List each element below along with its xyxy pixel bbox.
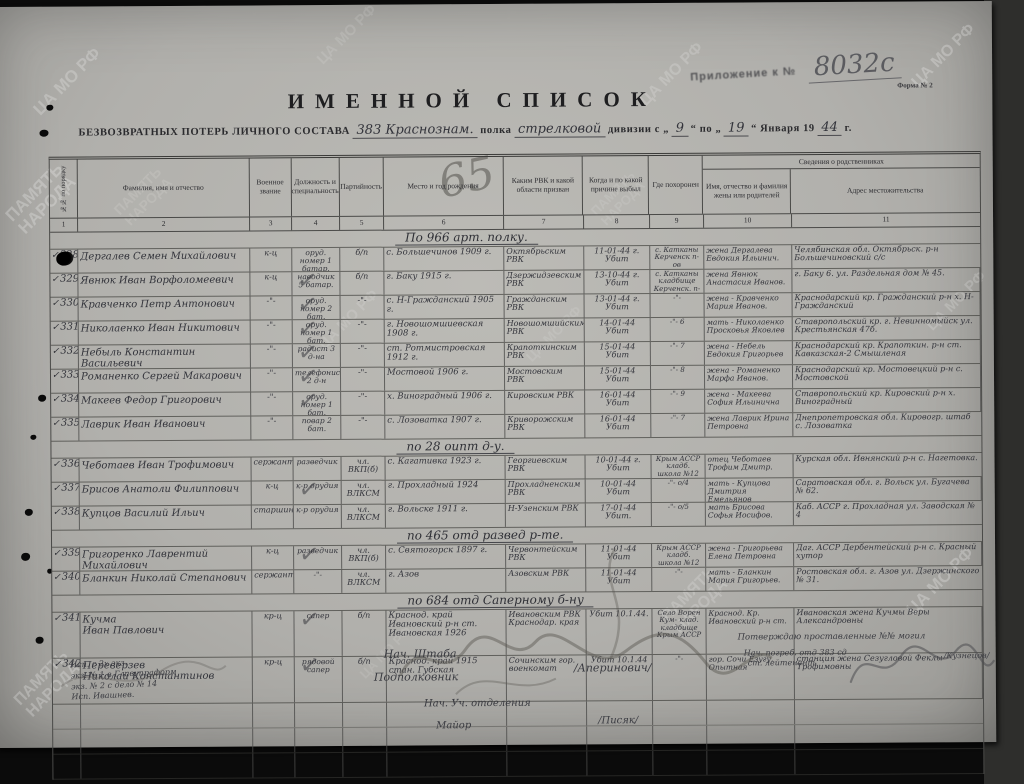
cell-num: ✓329 xyxy=(50,274,78,297)
cell-party: б/п xyxy=(340,248,384,271)
cell-fate: 11-01-44 Убит xyxy=(586,568,652,591)
column-number: 8 xyxy=(584,215,650,228)
checkmark: ✓ xyxy=(53,549,61,559)
cell-fate: Убит 10.1.44. xyxy=(586,609,652,654)
chief-of-staff-signature-name: /Аперинович/ xyxy=(574,661,652,674)
stamp-prefix: Приложение к № xyxy=(690,65,797,83)
cell-duty: оруд. номер 1 бат. xyxy=(293,392,341,415)
cell-fate xyxy=(587,726,653,750)
cell-birth: г. Прохладный 1924 xyxy=(386,480,506,504)
cell-name: Николаенко Иван Никитович xyxy=(79,320,251,344)
cell-rvk: Ивановским РВК Краснодар. края xyxy=(506,609,586,654)
cell-num: ✓331 xyxy=(51,322,79,345)
cell-grave: -"- 7 xyxy=(651,342,705,365)
cell-party: чл. ВЛКСМ xyxy=(342,505,386,528)
subtitle-year: 44 xyxy=(817,120,842,136)
section-label: по 684 отд Саперному б-ну xyxy=(397,592,594,608)
cell-rank: к-ц xyxy=(250,248,292,271)
cell-num xyxy=(53,755,81,779)
cell-fate: 15-01-44 Убит xyxy=(585,366,651,389)
cell-name: Брисов Анатоли Филиппович xyxy=(80,481,252,505)
cell-name: Небыль Константин Васильевич xyxy=(79,344,251,368)
cell-name: Кучма Иван Павлович xyxy=(80,611,252,657)
column-header-party: Партийность xyxy=(339,158,383,216)
checkmark: ✓ xyxy=(52,299,60,309)
chief-of-staff-role: Нач. Штаба xyxy=(384,647,457,660)
column-header-rank: Военное звание xyxy=(249,158,291,216)
cell-rank: -"- xyxy=(251,296,293,319)
cell-addr: Челябинская обл. Октябрьск. р-н Большечи… xyxy=(792,244,980,268)
column-number: 1 xyxy=(50,219,78,232)
cell-grave: -"- о/4 xyxy=(652,479,706,502)
records-chief-role: Нач. Уч. отделения xyxy=(424,698,531,710)
cell-duty: -"- xyxy=(294,570,342,593)
cell-rank: к-ц xyxy=(252,481,294,504)
cell-fate: 15-01-44 Убит xyxy=(585,342,651,365)
cell-fate: 10-01-44 Убит xyxy=(586,479,652,502)
cell-grave: -"- xyxy=(653,655,707,700)
cell-grave: -"- 6 xyxy=(651,318,705,341)
cell-name xyxy=(81,728,253,753)
ink-blot xyxy=(21,553,30,561)
row-number: 334 xyxy=(61,394,80,405)
cell-party: -"- xyxy=(341,296,385,319)
cell-rvk: Мостовским РВК xyxy=(505,366,585,389)
checkmark: ✓ xyxy=(52,419,60,429)
cell-kin: мать - Купцова Дмитрия Емельянов xyxy=(706,478,794,502)
cell-num: ✓335 xyxy=(51,418,79,441)
page-title: ИМЕННОЙ СПИСОК xyxy=(0,85,952,116)
column-number: 7 xyxy=(504,215,584,228)
ink-blot xyxy=(25,509,33,516)
cell-rvk: Георгиевским РВК xyxy=(505,455,585,478)
checkmark: ✓ xyxy=(52,371,60,381)
column-number: 4 xyxy=(292,217,340,230)
cell-name: Бланкин Николай Степанович xyxy=(80,570,252,594)
cell-kin: жена - Романенко Марфа Иванов. xyxy=(705,365,793,389)
cell-rank: старшина xyxy=(252,505,294,528)
document-paper: ЦА МО РФЦА МО РФЦА МО РФЦА МО РФПАМЯТЬ Н… xyxy=(0,1,996,748)
cell-name: Дергалев Семен Михайлович xyxy=(78,248,250,272)
column-header-kin: Имя, отчество и фамилия жены или родител… xyxy=(703,169,791,214)
cell-rvk: Новошомшийским РВК xyxy=(505,318,585,341)
cell-rvk: Октябрьским РВК xyxy=(504,246,584,269)
column-number: 2 xyxy=(78,217,250,231)
cell-birth: г. Азов xyxy=(386,569,506,593)
cell-kin xyxy=(707,750,795,775)
cell-fate: 13-10-44 г. Убит xyxy=(584,270,650,293)
cell-duty: радист 3 д-на xyxy=(293,344,341,367)
cell-addr: Ставропольский кр. г. Невинномыйск ул. К… xyxy=(793,316,981,340)
cell-name: Явнюк Иван Ворфоломеевич xyxy=(78,272,250,296)
cell-name xyxy=(81,753,253,778)
row-number: 329 xyxy=(60,274,79,285)
column-header-birth: Место и год рождения xyxy=(383,157,503,216)
section-label: По 966 арт. полку. xyxy=(395,230,538,246)
checkmark: ✓ xyxy=(53,460,61,470)
cell-rvk: Азовским РВК xyxy=(506,568,586,591)
cell-addr: Краснодарский кр. Мостовецкий р-н с. Мос… xyxy=(793,364,981,388)
cell-duty: наводчик 5 батар. xyxy=(292,272,340,295)
cell-num: ✓340 xyxy=(52,572,80,595)
cell-grave: -"- о/5 xyxy=(652,503,706,526)
cell-addr: Днепропетровская обл. Кировогр. штаб с. … xyxy=(793,412,981,436)
row-number: 333 xyxy=(61,370,80,381)
cell-num xyxy=(53,730,81,754)
cell-party: б/п xyxy=(342,611,386,656)
cell-party: -"- xyxy=(341,344,385,367)
cell-addr: Ставропольский кр. Кировский р-н х. Вино… xyxy=(793,388,981,412)
cell-addr: Курская обл. Ивнянский р-н с. Нагетовка. xyxy=(793,453,981,477)
column-header-rvk: Каким РВК и какой области призван xyxy=(503,156,583,214)
stamp-number: 8032с xyxy=(807,47,901,83)
cell-fate: 10-01-44 г. Убит xyxy=(585,455,651,478)
cell-num: ✓336 xyxy=(52,459,80,482)
cell-party: чл. ВКП(б) xyxy=(342,546,386,569)
cell-birth: с. Лозоватка 1907 г. xyxy=(385,415,505,439)
grave-confirmation-rank: ст. лейтенант xyxy=(748,658,815,667)
cell-addr: Ивановская жена Кучмы Веры Александровны xyxy=(794,607,982,653)
archive-watermark: ЦА МО РФ xyxy=(314,2,379,68)
cell-rank: -"- xyxy=(251,344,293,367)
cell-fate: 11-01-44 Убит xyxy=(586,544,652,567)
ink-blot xyxy=(38,395,46,402)
cell-rank: кр-ц xyxy=(252,611,294,656)
cell-duty: повар 2 бат. xyxy=(293,416,341,439)
cell-grave: -"- 7 xyxy=(651,414,705,437)
cell-party xyxy=(343,753,387,777)
cell-kin xyxy=(707,725,795,750)
cell-num: ✓339 xyxy=(52,548,80,571)
ink-blot xyxy=(36,637,44,644)
subtitle-typed: г. xyxy=(845,123,852,134)
cell-addr: г. Баку 6. ул. Раздельная дом № 45. xyxy=(792,268,980,292)
cell-duty: оруд. номер 1 бат. xyxy=(293,320,341,343)
attachment-stamp: Приложение к № 8032с xyxy=(690,61,797,85)
cell-party: б/п xyxy=(340,272,384,295)
cell-num xyxy=(53,705,81,729)
cell-kin: отец Чеботаев Трофим Дмитр. xyxy=(705,454,793,478)
row-number: 338 xyxy=(61,507,80,518)
column-header-index: №№ по порядку xyxy=(50,160,78,218)
subtitle-unit-handwritten: 383 Краснознам. xyxy=(352,122,477,139)
document-subtitle: БЕЗВОЗВРАТНЫХ ПОТЕРЬ ЛИЧНОГО СОСТАВА 383… xyxy=(78,119,978,139)
records-chief-rank: Майор xyxy=(436,720,471,731)
cell-name: Купцов Василий Ильич xyxy=(80,505,252,529)
cell-duty: разведчик xyxy=(294,457,342,480)
cell-grave: -"- xyxy=(651,294,705,317)
cell-kin: жена Лаврик Ирина Петровна xyxy=(705,413,793,437)
cell-num: ✓334 xyxy=(51,394,79,417)
cell-birth: г. Новошомшиевская 1908 г. xyxy=(385,319,505,343)
cell-addr: Краснодарский кр. Гражданский р-н х. Н-Г… xyxy=(793,292,981,316)
cell-grave: Крым АССР кладб. школа №12 xyxy=(651,455,705,478)
cell-kin: жена - Небель Евдокия Григорьев xyxy=(705,341,793,365)
row-number: 337 xyxy=(61,483,80,494)
cell-addr xyxy=(795,699,983,724)
ink-blot xyxy=(30,435,36,440)
cell-fate xyxy=(587,751,653,775)
cell-party: чл. ВЛКСМ xyxy=(342,570,386,593)
cell-duty xyxy=(295,753,343,777)
cell-grave: -"- 8 xyxy=(651,366,705,389)
cell-num: ✓330 xyxy=(51,298,79,321)
cell-party: чл. ВКП(б) xyxy=(342,457,386,480)
cell-duty: оруд. номер 1 батар. xyxy=(292,248,340,271)
cell-duty: рядовой сапер xyxy=(295,657,343,702)
cell-addr xyxy=(795,749,983,774)
row-number: 340 xyxy=(62,572,81,583)
cell-duty xyxy=(295,703,343,727)
cell-party xyxy=(343,728,387,752)
cell-num: ✓333 xyxy=(51,370,79,393)
cell-rank: -"- xyxy=(251,416,293,439)
cell-party xyxy=(343,703,387,727)
cell-rvk: Крапоткинским РВК xyxy=(505,342,585,365)
cell-name: Лаврик Иван Иванович xyxy=(79,416,251,440)
column-header-grave: Где похоронен xyxy=(649,156,703,214)
column-number: 10 xyxy=(704,214,792,228)
grave-confirmation-signature-name: /Кузнецов/ xyxy=(944,651,990,660)
table-body: По 966 арт. полку.✓328Дергалев Семен Мих… xyxy=(50,227,983,780)
cell-addr: Краснодарский кр. Крапоткин. р-н ст. Кав… xyxy=(793,340,981,364)
cell-birth: г. Баку 1915 г. xyxy=(384,271,504,295)
scanned-document: ЦА МО РФЦА МО РФЦА МО РФЦА МО РФПАМЯТЬ Н… xyxy=(0,0,1024,784)
cell-num: ✓338 xyxy=(52,507,80,530)
cell-num: ✓341 xyxy=(52,613,80,658)
cell-rank: к-ц xyxy=(252,546,294,569)
grave-confirmation-role: Нач. погреб. отд 383 сд xyxy=(744,648,847,658)
cell-rank xyxy=(253,753,295,777)
column-number: 11 xyxy=(792,213,980,227)
cell-addr: Ростовская обл. г. Азов ул. Дзержинского… xyxy=(794,566,982,590)
row-number: 330 xyxy=(60,298,79,309)
cell-party: чл. ВЛКСМ xyxy=(342,481,386,504)
checkmark: ✓ xyxy=(53,484,61,494)
cell-duty: к-р орудия xyxy=(294,505,342,528)
empty-table-row xyxy=(53,749,983,780)
cell-num: ✓328 xyxy=(50,250,78,273)
cell-rvk: Прохладненским РВК xyxy=(506,479,586,502)
cell-birth xyxy=(387,752,507,777)
cell-addr: Саратовская обл. г. Вольск ул. Бугачева … xyxy=(794,477,982,501)
cell-grave: Крым АССР кладб. школа №12 xyxy=(652,544,706,567)
cell-kin xyxy=(707,700,795,725)
cell-grave: с. Катканы кладбище Керченск. п-о xyxy=(650,270,704,293)
cell-birth: г. Вольске 1911 г. xyxy=(386,504,506,528)
cell-fate: 11-01-44 г. Убит xyxy=(584,246,650,269)
cell-fate: 17-01-44 Убит. xyxy=(586,503,652,526)
column-header-duty: Должность и специальность xyxy=(291,158,339,216)
column-header-address: Адрес местожительства xyxy=(791,168,979,213)
cell-birth: ст. Ротмистровская 1912 г. xyxy=(385,343,505,367)
cell-birth: с. Кагативка 1923 г. xyxy=(385,456,505,480)
cell-rvk: Криворожским РВК xyxy=(505,414,585,437)
subtitle-date-to: 19 xyxy=(724,120,749,136)
cell-kin: мать Брисова Софья Иосифов. xyxy=(706,502,794,526)
cell-name: Григоренко Лаврентий Михайлович xyxy=(80,546,252,570)
table-header-row: №№ по порядку Фамилия, имя и отчество Во… xyxy=(50,154,980,219)
cell-rank: сержант xyxy=(252,570,294,593)
ink-blot xyxy=(39,130,48,137)
cell-rank: -"- xyxy=(251,368,293,391)
cell-grave xyxy=(653,701,707,725)
cell-num: ✓332 xyxy=(51,346,79,369)
execution-note: Исп. с 2х экз. экз. № 1 в Главупраформ э… xyxy=(70,656,178,703)
row-number: 335 xyxy=(61,418,80,429)
cell-kin: мать - Николаенко Просковья Яковлев xyxy=(705,317,793,341)
cell-duty: оруд. номер 2 бат. xyxy=(293,296,341,319)
cell-rank: к-ц xyxy=(250,272,292,295)
cell-rvk: Червонтейским РВК xyxy=(506,544,586,567)
subtitle-typed: БЕЗВОЗВРАТНЫХ ПОТЕРЬ ЛИЧНОГО СОСТАВА xyxy=(78,126,349,139)
cell-rvk: Кировским РВК xyxy=(505,390,585,413)
checkmark: ✓ xyxy=(51,275,59,285)
subtitle-date-from: 9 xyxy=(672,121,688,137)
checkmark: ✓ xyxy=(53,508,61,518)
section-label: по 28 оипт д-у. xyxy=(396,439,514,455)
subtitle-division-type: стрелковой xyxy=(514,121,605,138)
cell-rank: кр-ц xyxy=(253,657,295,702)
cell-num: ✓337 xyxy=(52,483,80,506)
ink-blot-layer xyxy=(0,1,992,7)
cell-grave: с. Катканы Керченск п-ов xyxy=(650,246,704,269)
cell-grave: -"- 9 xyxy=(651,390,705,413)
cell-birth: с. Большечинов 1909 г. xyxy=(384,247,504,271)
cell-rank: -"- xyxy=(251,392,293,415)
cell-rank xyxy=(253,703,295,727)
cell-rvk: Н-Узенским РВК xyxy=(506,503,586,526)
cell-name: Кравченко Петр Антонович xyxy=(79,296,251,320)
cell-birth: с. Н-Гражданский 1905 г. xyxy=(385,295,505,319)
checkmark: ✓ xyxy=(52,323,60,333)
cell-rvk: Гражданским РВК xyxy=(505,294,585,317)
checkmark: ✓ xyxy=(53,573,61,583)
ink-blot xyxy=(56,252,73,266)
cell-birth: Мостовой 1906 г. xyxy=(385,367,505,391)
cell-duty: к-р орудия xyxy=(294,481,342,504)
cell-grave: -"- xyxy=(652,568,706,591)
cell-rvk: Дзержидзевским РВК xyxy=(504,270,584,293)
cell-kin: жена Явнюк Анастасия Иванов. xyxy=(704,269,792,293)
cell-birth: с. Святогорск 1897 г. xyxy=(386,545,506,569)
cell-grave xyxy=(653,751,707,775)
row-number: 332 xyxy=(60,346,79,357)
cell-kin: жена - Макеева София Ильинична xyxy=(705,389,793,413)
column-number: 9 xyxy=(650,215,704,228)
cell-grave xyxy=(653,726,707,750)
cell-addr: Каб. АССР г. Прохладная ул. Заводская № … xyxy=(794,501,982,525)
column-header-fate: Когда и по какой причине выбыл xyxy=(583,156,649,214)
checkmark: ✓ xyxy=(53,614,61,624)
cell-kin: мать - Бланкин Мария Григорьев. xyxy=(706,567,794,591)
section-label: по 465 отд развед р-те. xyxy=(397,528,574,544)
cell-grave: Село Ворен Кум- клад. кладбище Крым АССР xyxy=(652,609,706,654)
cell-kin: Краснод. Кр. Ивановский р-н ст. xyxy=(706,608,794,654)
cell-party: -"- xyxy=(341,392,385,415)
cell-party: -"- xyxy=(341,320,385,343)
cell-name xyxy=(81,703,253,728)
cell-duty: телефонист 2 д-н xyxy=(293,368,341,391)
row-number: 341 xyxy=(62,613,81,624)
column-number: 5 xyxy=(340,217,384,230)
cell-rvk xyxy=(507,726,587,750)
subtitle-typed: “ по „ xyxy=(691,124,722,135)
cell-fate: 14-01-44 Убит xyxy=(585,318,651,341)
cell-kin: жена Дергалева Евдокия Ильинич. xyxy=(704,245,792,269)
cell-kin: жена - Кравченко Мария Иванов. xyxy=(705,293,793,317)
checkmark: ✓ xyxy=(52,347,60,357)
cell-rank: сержант xyxy=(252,457,294,480)
row-number: 331 xyxy=(60,322,79,333)
cell-rank xyxy=(253,728,295,752)
cell-rank: -"- xyxy=(251,320,293,343)
cell-duty: сапер xyxy=(294,611,342,656)
column-header-name: Фамилия, имя и отчество xyxy=(78,158,250,217)
records-chief-signature-name: /Писяк/ xyxy=(598,715,638,726)
subtitle-typed: полка xyxy=(480,125,511,136)
watermark-layer: ЦА МО РФЦА МО РФЦА МО РФЦА МО РФПАМЯТЬ Н… xyxy=(0,1,992,7)
losses-table: №№ по порядку Фамилия, имя и отчество Во… xyxy=(49,151,985,780)
cell-addr: Даг. АССР Дербентейский р-н с. Красный х… xyxy=(794,542,982,566)
cell-party: -"- xyxy=(341,416,385,439)
chief-of-staff-rank: Подполковник xyxy=(374,670,458,684)
relatives-group-header: Сведения о родственниках Имя, отчество и… xyxy=(703,154,980,214)
cell-duty: разведчик xyxy=(294,546,342,569)
cell-addr xyxy=(795,724,983,749)
row-number: 339 xyxy=(62,548,81,559)
subtitle-typed: дивизии с „ xyxy=(608,124,669,135)
cell-fate: 16-01-44 Убит xyxy=(585,390,651,413)
cell-name: Чеботаев Иван Трофимович xyxy=(80,457,252,481)
column-number: 3 xyxy=(250,217,292,230)
column-number: 6 xyxy=(384,216,504,230)
row-number: 336 xyxy=(61,459,80,470)
grave-confirmation-line: Потверждаю проставленные №№ могил xyxy=(738,631,926,642)
cell-name: Макеев Федор Григорович xyxy=(79,392,251,416)
cell-fate: 13-01-44 г. Убит xyxy=(585,294,651,317)
cell-fate: 16-01-44 Убит xyxy=(585,414,651,437)
subtitle-typed: “ Января 19 xyxy=(751,123,815,134)
cell-name: Романенко Сергей Макарович xyxy=(79,368,251,392)
cell-birth: х. Виноградный 1906 г. xyxy=(385,391,505,415)
checkmark: ✓ xyxy=(54,660,62,670)
cell-duty xyxy=(295,728,343,752)
cell-kin: жена - Григорьева Елена Петровна xyxy=(706,543,794,567)
cell-party: -"- xyxy=(341,368,385,391)
checkmark: ✓ xyxy=(52,395,60,405)
cell-rvk xyxy=(507,751,587,775)
